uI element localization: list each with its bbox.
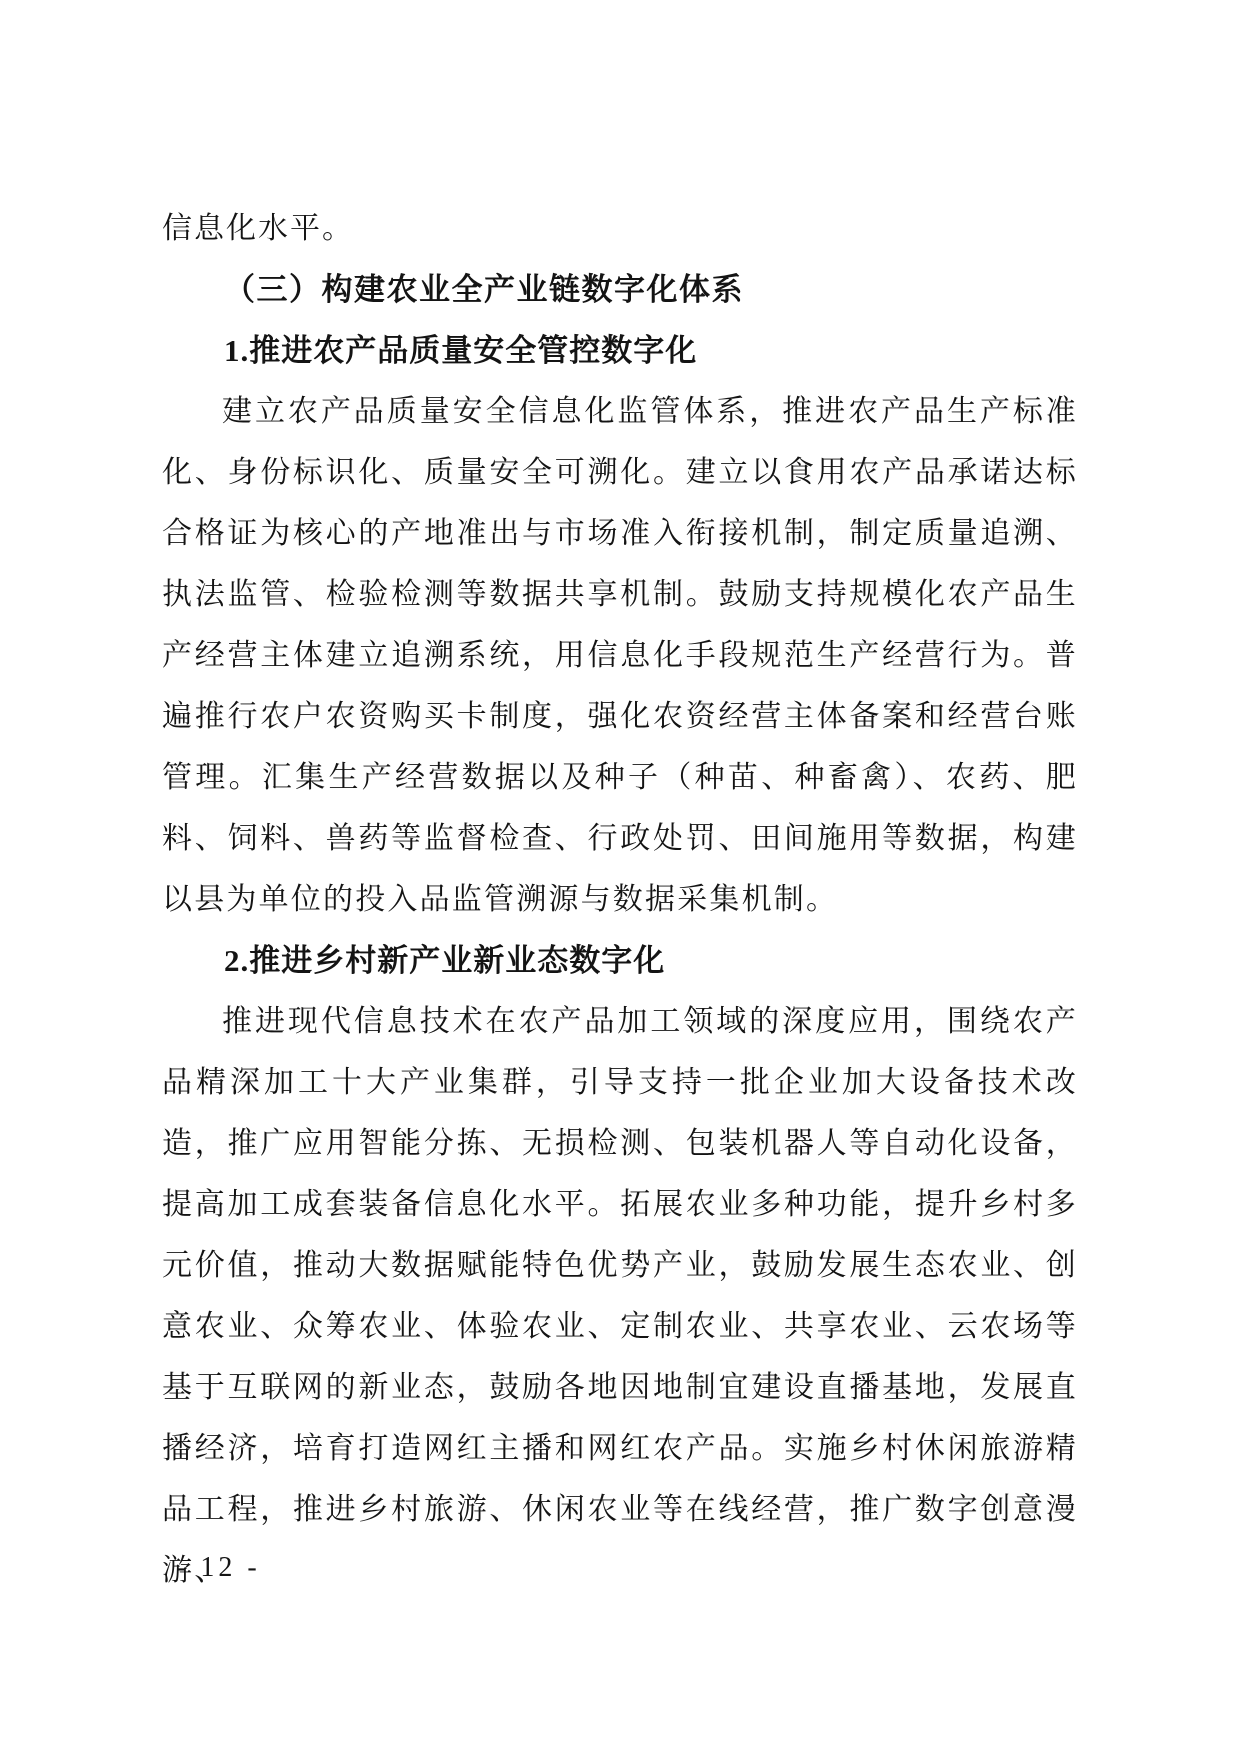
- document-page: 信息化水平。 （三）构建农业全产业链数字化体系 1.推进农产品质量安全管控数字化…: [0, 0, 1240, 1754]
- intro-continuation-line: 信息化水平。: [162, 198, 1078, 259]
- subsection-2-heading: 2.推进乡村新产业新业态数字化: [162, 930, 1078, 991]
- subsection-1-heading: 1.推进农产品质量安全管控数字化: [162, 320, 1078, 381]
- subsection-1-paragraph: 建立农产品质量安全信息化监管体系，推进农产品生产标准化、身份标识化、质量安全可溯…: [162, 381, 1078, 930]
- page-number: - 12 -: [176, 1548, 261, 1588]
- document-body: 信息化水平。 （三）构建农业全产业链数字化体系 1.推进农产品质量安全管控数字化…: [162, 198, 1078, 1601]
- section-heading: （三）构建农业全产业链数字化体系: [162, 259, 1078, 320]
- subsection-2-paragraph: 推进现代信息技术在农产品加工领域的深度应用，围绕农产品精深加工十大产业集群，引导…: [162, 991, 1078, 1601]
